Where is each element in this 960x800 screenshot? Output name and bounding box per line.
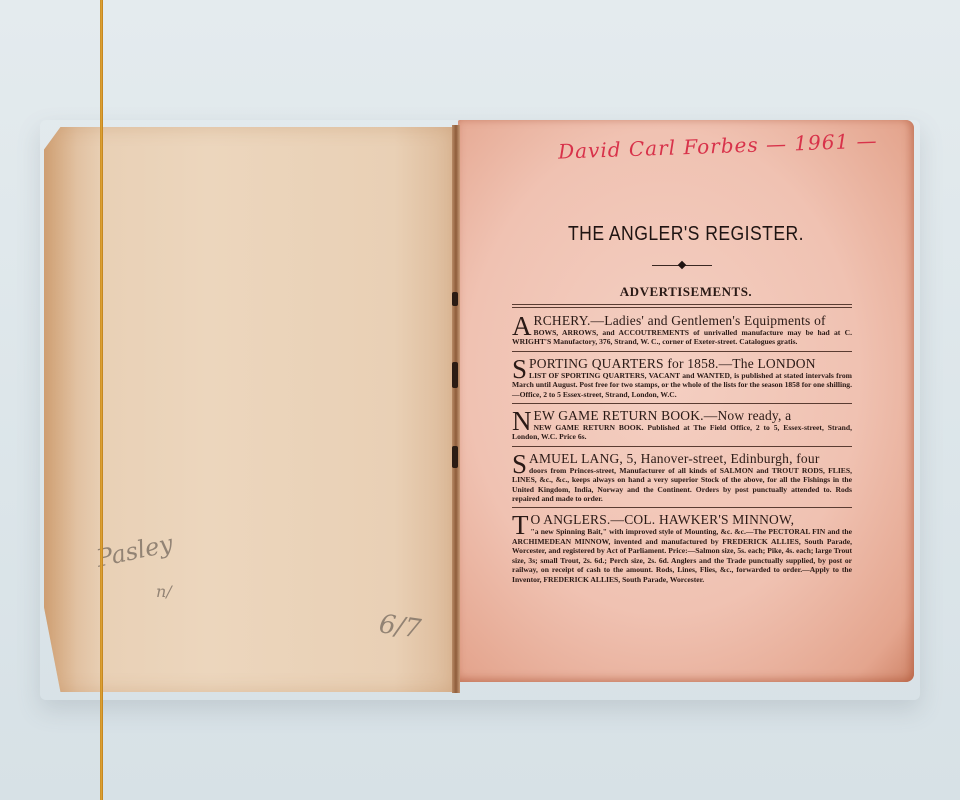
page-edge-stain: [44, 127, 104, 692]
pencil-note: 6/7: [377, 609, 423, 645]
binding-stitch: [452, 292, 458, 306]
advertisements-list: A RCHERY.—Ladies' and Gentlemen's Equipm…: [512, 304, 852, 591]
ad-body: BOWS, ARROWS, and ACCOUTREMENTS of unriv…: [512, 328, 852, 346]
drop-cap: S: [512, 358, 527, 380]
ornament-divider: [652, 265, 712, 266]
advertisement-game-return-book: N EW GAME RETURN BOOK.—Now ready, a NEW …: [512, 407, 852, 447]
ad-headline: RCHERY.—Ladies' and Gentlemen's Equipmen…: [512, 314, 852, 328]
drop-cap: T: [512, 514, 529, 536]
advertisement-archery: A RCHERY.—Ladies' and Gentlemen's Equipm…: [512, 312, 852, 352]
left-page: Pasley n/ 6/7: [44, 127, 456, 692]
ad-body: LIST OF SPORTING QUARTERS, VACANT and WA…: [512, 371, 852, 399]
section-heading: ADVERTISEMENTS.: [458, 284, 914, 300]
drop-cap: N: [512, 410, 532, 432]
ad-headline: AMUEL LANG, 5, Hanover-street, Edinburgh…: [512, 452, 852, 466]
binding-stitch: [452, 362, 458, 388]
ad-body: NEW GAME RETURN BOOK. Published at The F…: [512, 423, 852, 441]
binding-stitch: [452, 446, 458, 468]
pencil-note: Pasley: [94, 529, 175, 572]
right-page: David Carl Forbes — 1961 — THE ANGLER'S …: [458, 120, 914, 682]
advertisement-sporting-quarters: S PORTING QUARTERS for 1858.—The LONDON …: [512, 355, 852, 404]
handwritten-inscription: David Carl Forbes — 1961 —: [558, 128, 878, 163]
double-rule: [512, 304, 852, 308]
pencil-note: n/: [156, 582, 172, 601]
binding-string: [100, 0, 103, 800]
page-title: THE ANGLER'S REGISTER.: [485, 223, 886, 246]
ad-headline: PORTING QUARTERS for 1858.—The LONDON: [512, 357, 852, 371]
drop-cap: S: [512, 453, 527, 475]
drop-cap: A: [512, 315, 532, 337]
ad-body: doors from Princes-street, Manufacturer …: [512, 466, 852, 503]
advertisement-hawkers-minnow: T O ANGLERS.—COL. HAWKER'S MINNOW, "a ne…: [512, 511, 852, 587]
book-gutter: [452, 125, 460, 693]
ad-body: "a new Spinning Bait," with improved sty…: [512, 527, 852, 583]
ad-headline: EW GAME RETURN BOOK.—Now ready, a: [512, 409, 852, 423]
ad-headline: O ANGLERS.—COL. HAWKER'S MINNOW,: [512, 513, 852, 527]
advertisement-samuel-lang: S AMUEL LANG, 5, Hanover-street, Edinbur…: [512, 450, 852, 509]
